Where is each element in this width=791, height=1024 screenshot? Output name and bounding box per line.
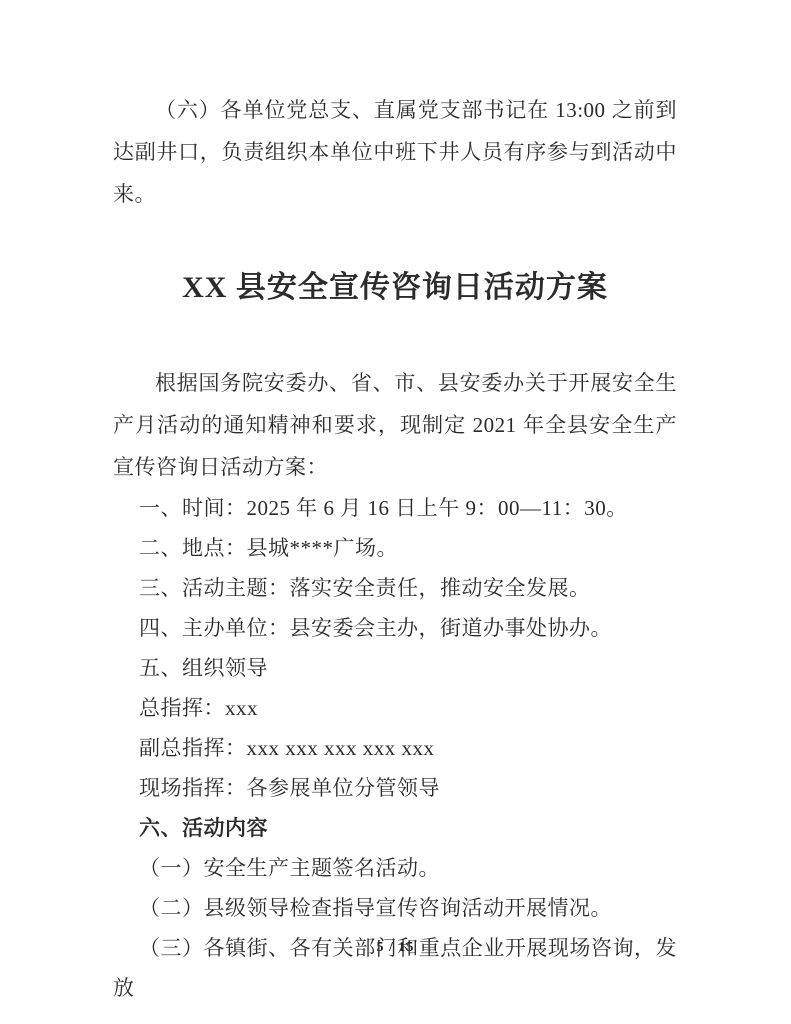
previous-section-paragraph: （六）各单位党总支、直属党支部书记在 13:00 之前到达副井口，负责组织本单位… — [113, 89, 677, 215]
list-item-activities-heading: 六、活动内容 — [113, 808, 677, 848]
document-content: （六）各单位党总支、直属党支部书记在 13:00 之前到达副井口，负责组织本单位… — [113, 89, 677, 1008]
intro-paragraph: 根据国务院安委办、省、市、县安委办关于开展安全生产月活动的通知精神和要求，现制定… — [113, 362, 677, 488]
list-item-time: 一、时间：2025 年 6 月 16 日上午 9：00—11：30。 — [113, 488, 677, 528]
list-item-activity-1: （一）安全生产主题签名活动。 — [113, 848, 677, 888]
document-title: XX 县安全宣传咨询日活动方案 — [113, 270, 677, 306]
list-item-chief: 总指挥：xxx — [113, 688, 677, 728]
list-item-deputy-chiefs: 副总指挥：xxx xxx xxx xxx xxx — [113, 728, 677, 768]
list-item-leadership: 五、组织领导 — [113, 648, 677, 688]
list-item-site-director: 现场指挥：各参展单位分管领导 — [113, 768, 677, 808]
list-item-location: 二、地点：县城****广场。 — [113, 528, 677, 568]
list-item-theme: 三、活动主题：落实安全责任，推动安全发展。 — [113, 568, 677, 608]
document-page: （六）各单位党总支、直属党支部书记在 13:00 之前到达副井口，负责组织本单位… — [0, 0, 791, 1024]
list-item-activity-2: （二）县级领导检查指导宣传咨询活动开展情况。 — [113, 888, 677, 928]
page-number: 5 / 15 — [0, 940, 791, 956]
list-item-organizer: 四、主办单位：县安委会主办，街道办事处协办。 — [113, 608, 677, 648]
